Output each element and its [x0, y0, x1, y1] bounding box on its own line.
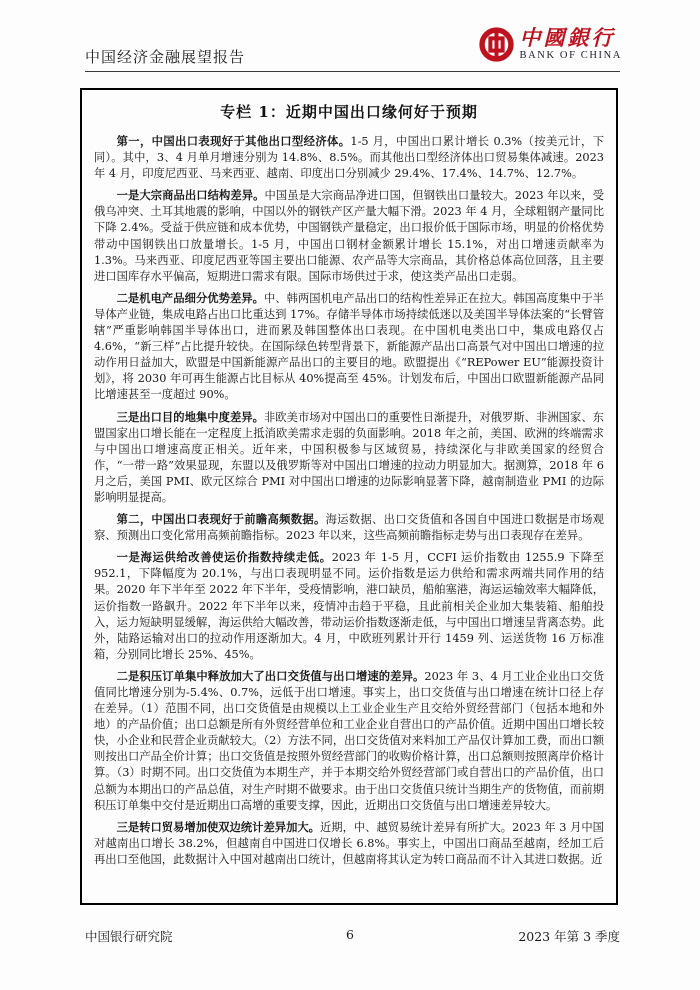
paragraph: 三是出口目的地集中度差异。非欧美市场对中国出口的重要性日渐提升，对俄罗斯、非洲国… [94, 409, 604, 507]
paragraph-lead: 一是海运供给改善使运价指数持续走低。 [117, 550, 332, 564]
paragraph: 三是转口贸易增加使双边统计差异加大。近期，中、越贸易统计差异有所扩大。2023 … [94, 819, 604, 868]
paragraph-body: 中国虽是大宗商品净进口国，但钢铁出口量较大。2023 年以来，受俄乌冲突、土耳其… [94, 189, 604, 282]
paragraph-lead: 二是机电产品细分优势差异。 [117, 291, 264, 305]
paragraph-body: 2023 年 1-5 月，CCFI 运价指数由 1255.9 下降至 952.1… [94, 551, 604, 661]
paragraph: 一是大宗商品出口结构差异。中国虽是大宗商品净进口国，但钢铁出口量较大。2023 … [94, 187, 604, 285]
paragraph-lead: 第二，中国出口表现好于前瞻高频数据。 [117, 512, 326, 526]
footer-issue: 2023 年第 3 季度 [518, 927, 620, 945]
paragraph-body: 2023 年 3、4 月工业企业出口交货值同比增速分别为-5.4%、0.7%，远… [94, 670, 604, 812]
column-box: 专栏 1：近期中国出口缘何好于预期 第一，中国出口表现好于其他出口型经济体。1-… [80, 88, 618, 905]
paragraph: 二是积压订单集中释放加大了出口交货值与出口增速的差异。2023 年 3、4 月工… [94, 668, 604, 814]
header-divider [85, 71, 620, 72]
paragraph-lead: 三是出口目的地集中度差异。 [117, 410, 264, 424]
paragraph-body: 非欧美市场对中国出口的重要性日渐提升，对俄罗斯、非洲国家、东盟国家出口增长能在一… [94, 411, 604, 504]
paragraph-lead: 一是大宗商品出口结构差异。 [117, 188, 265, 202]
logo-english-name: BANK OF CHINA [520, 51, 622, 62]
boc-coin-emblem-icon [479, 27, 514, 62]
paragraph: 一是海运供给改善使运价指数持续走低。2023 年 1-5 月，CCFI 运价指数… [94, 549, 604, 663]
logo-text: 中國銀行 BANK OF CHINA [520, 27, 622, 62]
paragraph-lead: 二是积压订单集中释放加大了出口交货值与出口增速的差异。 [117, 669, 425, 683]
column-title: 专栏 1：近期中国出口缘何好于预期 [94, 101, 604, 122]
report-title: 中国经济金融展望报告 [85, 46, 245, 67]
paragraph-lead: 第一，中国出口表现好于其他出口型经济体。 [117, 134, 351, 148]
paragraph-body: 中、韩两国机电产品出口的结构性差异正在拉大。韩国高度集中于半导体产业链，集成电路… [94, 292, 604, 402]
paragraph: 第一，中国出口表现好于其他出口型经济体。1-5 月，中国出口累计增长 0.3%（… [94, 133, 604, 182]
document-page: 中国经济金融展望报告 中國銀行 BANK OF CHINA 专栏 1：近期中国出… [0, 0, 700, 990]
paragraph-lead: 三是转口贸易增加使双边统计差异加大。 [117, 820, 320, 834]
paragraph: 第二，中国出口表现好于前瞻高频数据。海运数据、出口交货值和各国自中国进口数据是市… [94, 511, 604, 544]
paragraph: 二是机电产品细分优势差异。中、韩两国机电产品出口的结构性差异正在拉大。韩国高度集… [94, 290, 604, 404]
logo-chinese-name: 中國銀行 [520, 27, 616, 48]
bank-of-china-logo: 中國銀行 BANK OF CHINA [479, 27, 622, 62]
